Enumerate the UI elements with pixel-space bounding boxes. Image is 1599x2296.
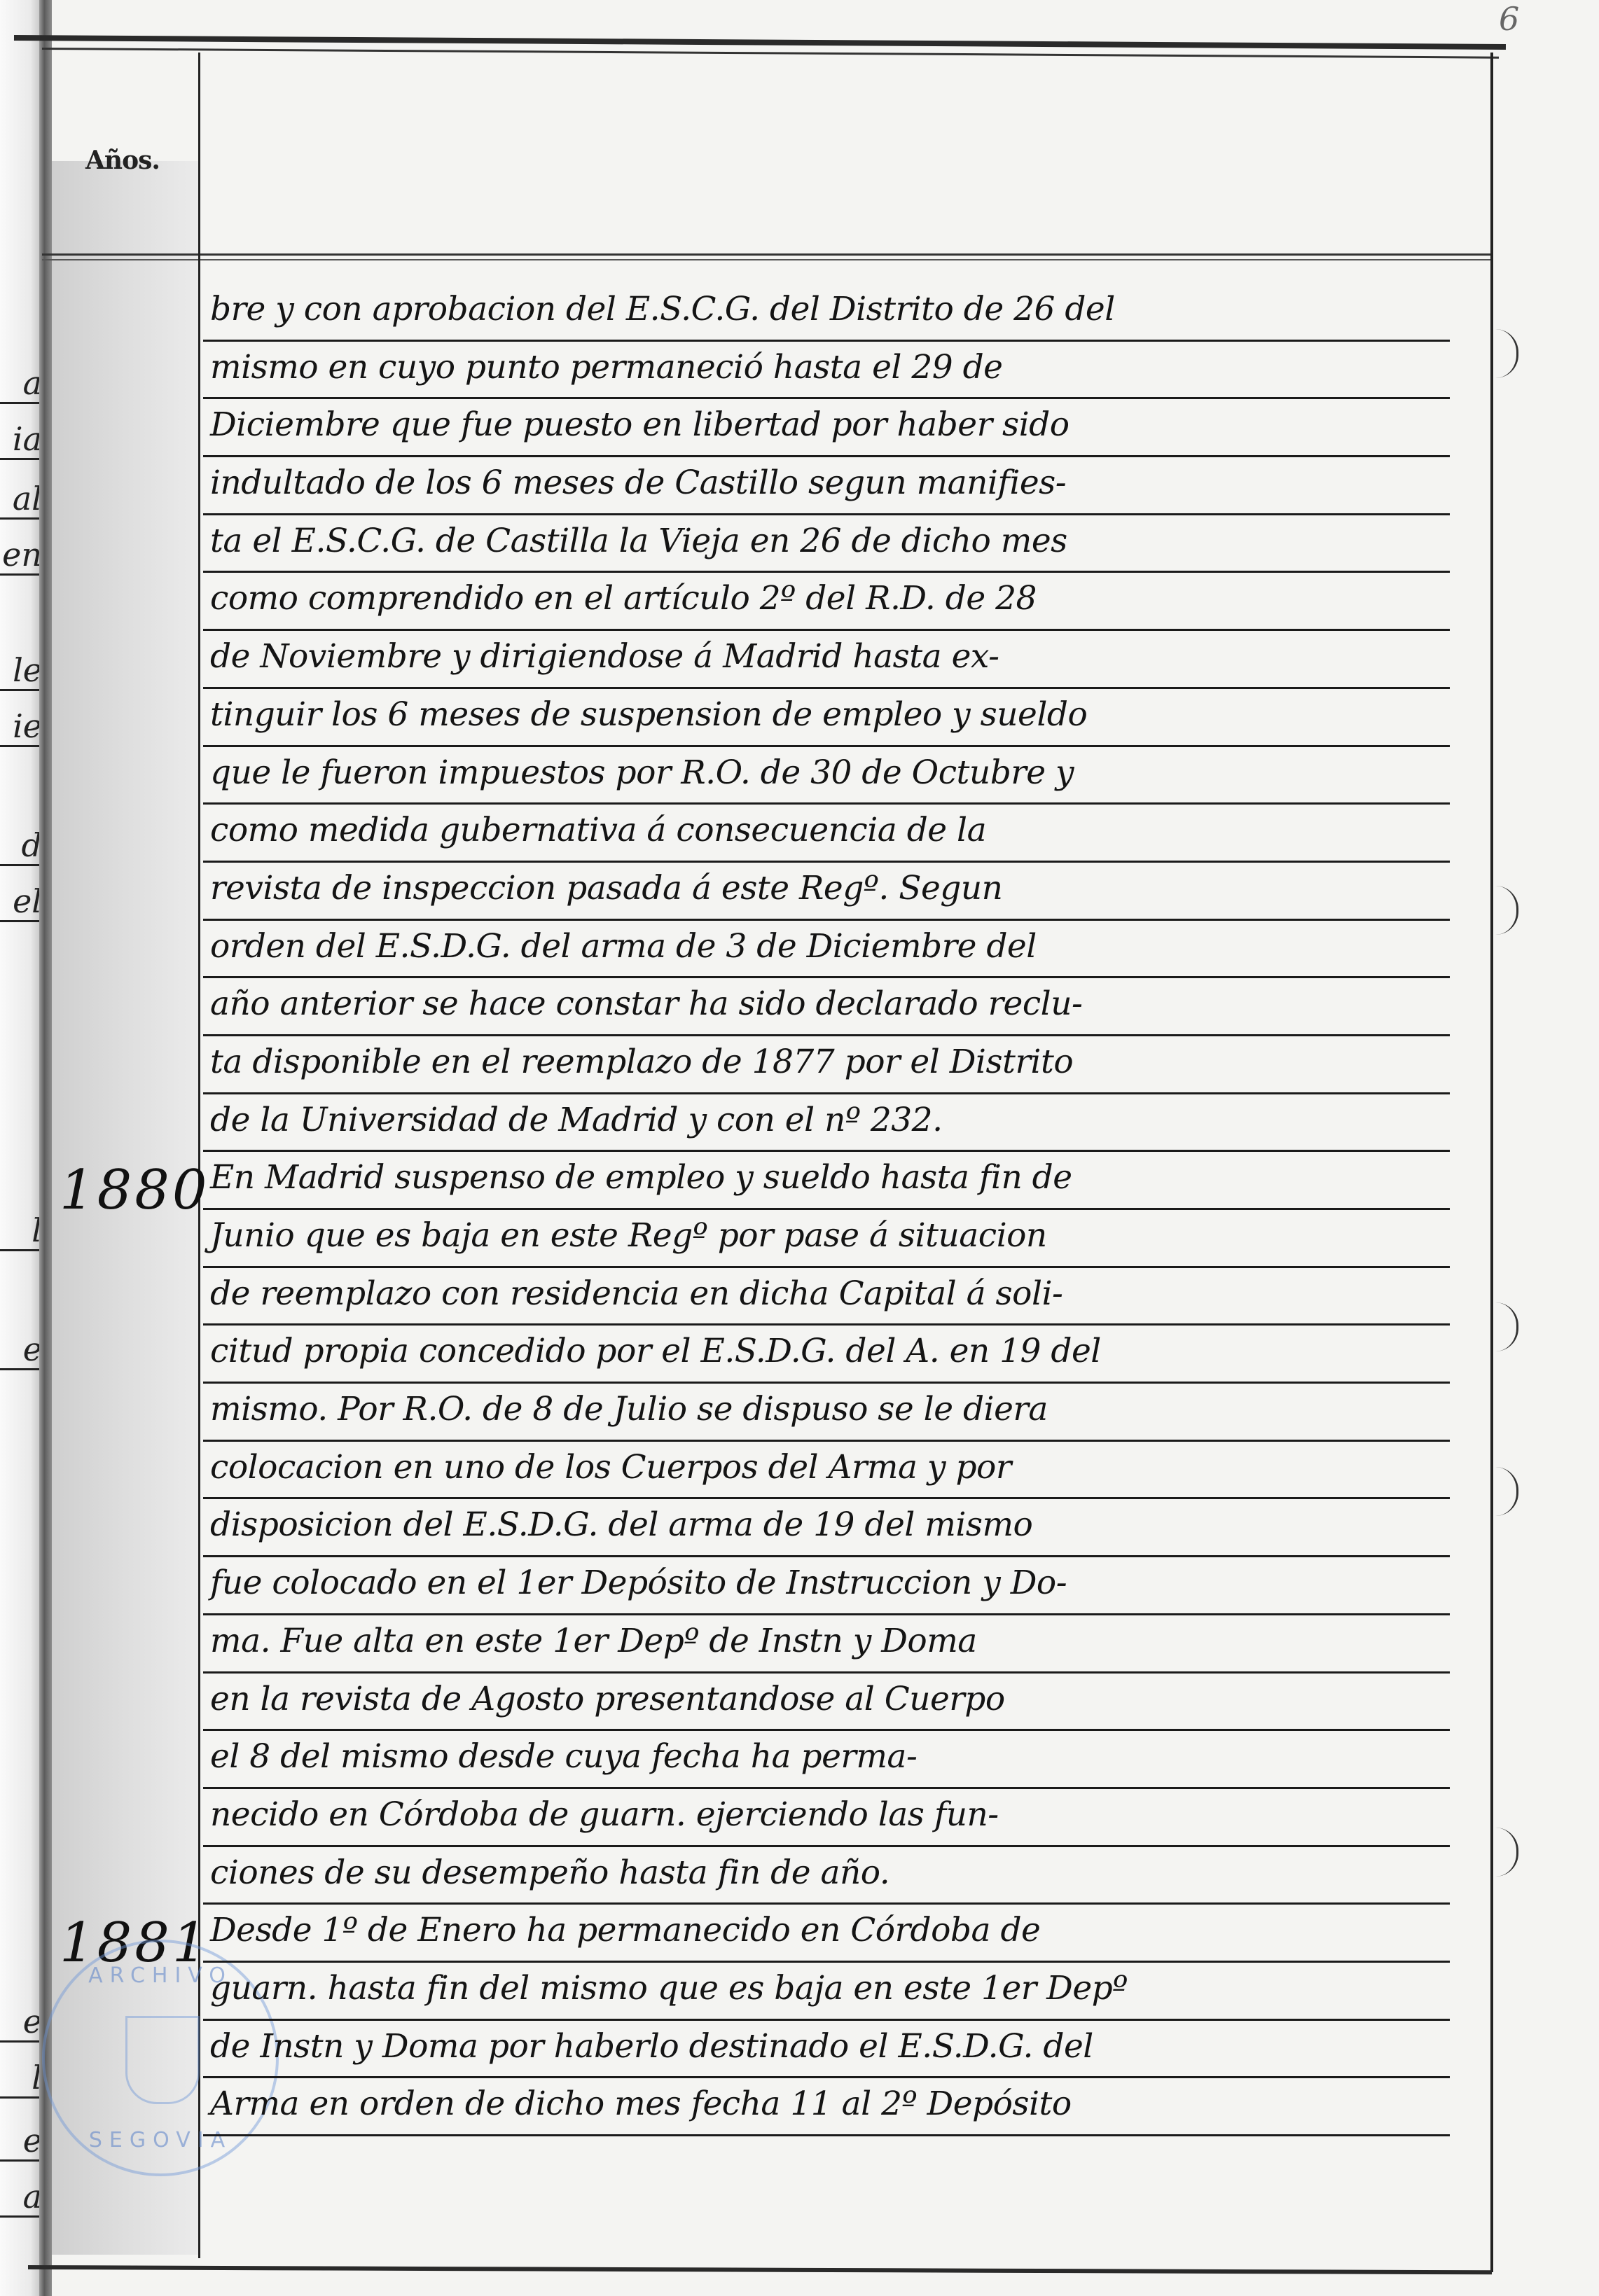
record-line: como medida gubernativa á consecuencia d…: [203, 805, 1450, 863]
record-line: de reemplazo con residencia en dicha Cap…: [203, 1268, 1450, 1326]
record-line: ciones de su desempeño hasta fin de año.: [203, 1847, 1450, 1905]
record-line: guarn. hasta fin del mismo que es baja e…: [203, 1963, 1450, 2021]
record-line: mismo en cuyo punto permaneció hasta el …: [203, 342, 1450, 400]
record-line: ma. Fue alta en este 1er Depº de Instn y…: [203, 1615, 1450, 1674]
left-page-fragment: e: [0, 2003, 42, 2043]
header-rule: [42, 253, 1492, 256]
record-line: en la revista de Agosto presentandose al…: [203, 1674, 1450, 1732]
record-line: colocacion en uno de los Cuerpos del Arm…: [203, 1442, 1450, 1500]
left-page-fragment: ia: [0, 420, 42, 460]
left-page-fragment: a: [0, 364, 42, 404]
entry-continuation: bre y con aprobacion del E.S.C.G. del Di…: [203, 284, 1450, 1152]
year-1880: 1880: [60, 1159, 210, 1222]
record-line: el 8 del mismo desde cuya fecha ha perma…: [203, 1731, 1450, 1789]
service-record-entries: bre y con aprobacion del E.S.C.G. del Di…: [203, 284, 1450, 2136]
book-gutter: [39, 0, 52, 2296]
record-line: fue colocado en el 1er Depósito de Instr…: [203, 1557, 1450, 1615]
stamp-crest-icon: [125, 2016, 200, 2104]
record-line: Junio que es baja en este Regº por pase …: [203, 1210, 1450, 1268]
left-page-fragment: e: [0, 1330, 42, 1370]
entry-1880: En Madrid suspenso de empleo y sueldo ha…: [203, 1152, 1450, 1905]
record-line: Arma en orden de dicho mes fecha 11 al 2…: [203, 2078, 1450, 2136]
record-line: ta el E.S.C.G. de Castilla la Vieja en 2…: [203, 515, 1450, 573]
left-page-fragment: le: [0, 651, 42, 691]
entry-1881: Desde 1º de Enero ha permanecido en Córd…: [203, 1905, 1450, 2136]
record-line: tinguir los 6 meses de suspension de emp…: [203, 689, 1450, 747]
margin-bracket-icon: [1495, 329, 1518, 378]
margin-bracket-icon: [1495, 1302, 1518, 1351]
record-line: orden del E.S.D.G. del arma de 3 de Dici…: [203, 921, 1450, 979]
left-page-fragment: el: [0, 882, 42, 922]
record-line: mismo. Por R.O. de 8 de Julio se dispuso…: [203, 1384, 1450, 1442]
left-page-fragment: e: [0, 2122, 42, 2162]
record-line: de Instn y Doma por haberlo destinado el…: [203, 2021, 1450, 2079]
bottom-rule: [28, 2265, 1492, 2274]
top-rule-thin: [42, 48, 1499, 59]
margin-bracket-icon: [1495, 1828, 1518, 1877]
record-line: bre y con aprobacion del E.S.C.G. del Di…: [203, 284, 1450, 342]
record-line: necido en Córdoba de guarn. ejerciendo l…: [203, 1789, 1450, 1847]
record-line: En Madrid suspenso de empleo y sueldo ha…: [203, 1152, 1450, 1210]
margin-bracket-icon: [1495, 1467, 1518, 1516]
left-page-fragment: a: [0, 2178, 42, 2218]
record-line: disposicion del E.S.D.G. del arma de 19 …: [203, 1499, 1450, 1557]
record-line: ta disponible en el reemplazo de 1877 po…: [203, 1036, 1450, 1094]
left-page-fragment: l: [0, 1211, 42, 1251]
record-line: indultado de los 6 meses de Castillo seg…: [203, 457, 1450, 515]
record-line: año anterior se hace constar ha sido dec…: [203, 978, 1450, 1036]
years-column-header: Años.: [85, 146, 160, 175]
right-border: [1490, 53, 1493, 2272]
top-rule: [14, 35, 1506, 50]
record-line: que le fueron impuestos por R.O. de 30 d…: [203, 747, 1450, 805]
record-line: revista de inspeccion pasada á este Regº…: [203, 863, 1450, 921]
header-rule-thin: [42, 259, 1492, 260]
left-page-fragment: ie: [0, 707, 42, 747]
record-line: citud propia concedido por el E.S.D.G. d…: [203, 1326, 1450, 1384]
record-line: Desde 1º de Enero ha permanecido en Córd…: [203, 1905, 1450, 1963]
record-line: de Noviembre y dirigiendose á Madrid has…: [203, 631, 1450, 689]
left-page-fragment: d: [0, 826, 42, 866]
adjacent-page-edge: a ia al en le ie d el l e e l e a: [0, 0, 43, 2296]
left-page-fragment: en: [0, 536, 42, 576]
page-number: 6: [1499, 0, 1519, 38]
margin-bracket-icon: [1495, 886, 1518, 935]
record-line: Diciembre que fue puesto en libertad por…: [203, 399, 1450, 457]
left-page-fragment: l: [0, 2059, 42, 2099]
left-page-fragment: al: [0, 480, 42, 520]
record-line: de la Universidad de Madrid y con el nº …: [203, 1094, 1450, 1153]
record-line: como comprendido en el artículo 2º del R…: [203, 573, 1450, 631]
